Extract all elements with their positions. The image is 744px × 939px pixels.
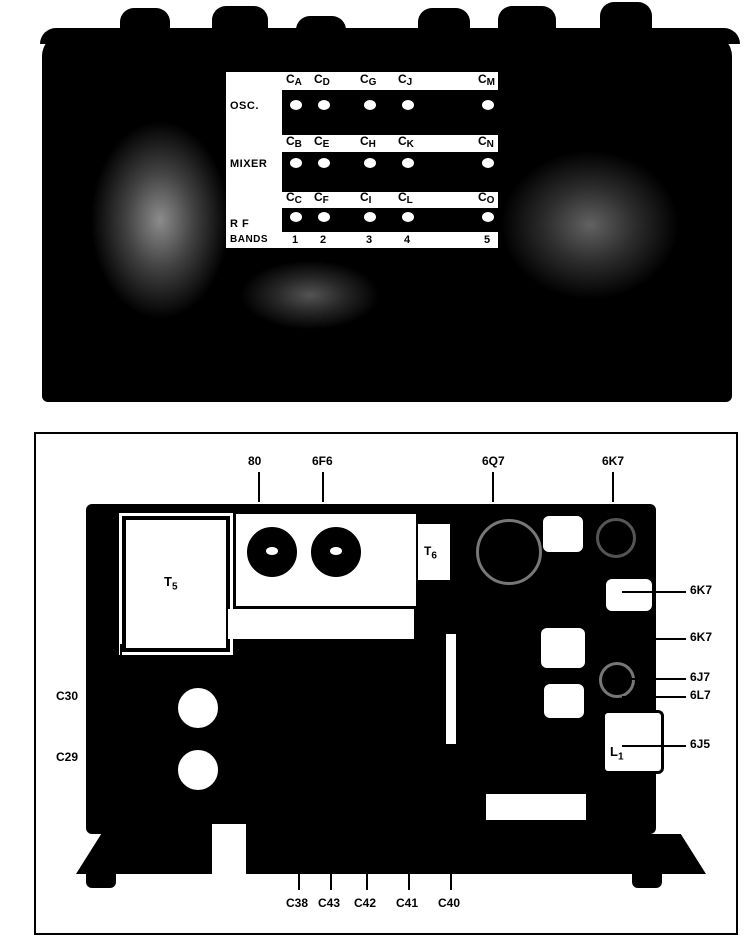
callout-c29: C29 — [56, 750, 78, 764]
tube-6f6 — [308, 524, 364, 580]
socket-6k7b — [541, 628, 585, 668]
trimmer-adjust-hole — [402, 158, 414, 168]
trimmer-label: CD — [314, 72, 330, 88]
band-number: 4 — [404, 234, 410, 246]
trimmer-adjust-hole — [364, 100, 376, 110]
trimmer-label: CB — [286, 134, 302, 150]
leader-line — [450, 844, 452, 890]
leader-line — [622, 745, 686, 747]
trimmer-label: CI — [360, 190, 371, 206]
row-label-rf: R F — [230, 218, 249, 230]
trimmer-label: CE — [314, 134, 329, 150]
callout-80: 80 — [248, 454, 261, 468]
label-t6: T6 — [424, 544, 437, 561]
leader-line — [622, 591, 686, 593]
callout-c38: C38 — [286, 896, 308, 910]
tube-6k7-top — [596, 518, 636, 558]
leader-line — [258, 472, 260, 502]
socket-6l7 — [544, 684, 584, 718]
trimmer-adjust-hole — [364, 158, 376, 168]
trimmer-label: CM — [478, 72, 495, 88]
callout-c42: C42 — [354, 896, 376, 910]
trimmer-label: CH — [360, 134, 376, 150]
row-label-osc: OSC. — [230, 100, 259, 112]
trimmer-label: CN — [478, 134, 494, 150]
terminal-strip — [228, 609, 414, 639]
row-label-mixer: MIXER — [230, 158, 267, 170]
callout-6j5: 6J5 — [690, 737, 710, 751]
band-number: 1 — [292, 234, 298, 246]
callout-6j7: 6J7 — [690, 670, 710, 684]
trimmer-label: CC — [286, 190, 302, 206]
label-t5: T5 — [164, 574, 178, 593]
band-number: 2 — [320, 234, 326, 246]
leader-line — [90, 758, 170, 760]
trimmer-label: CG — [360, 72, 376, 88]
trimmer-adjust-hole — [402, 100, 414, 110]
trimmer-label: CF — [314, 190, 329, 206]
leader-line — [298, 844, 300, 890]
leader-line — [622, 678, 686, 680]
trimmer-label: CL — [398, 190, 413, 206]
trimmer-adjust-hole — [364, 212, 376, 222]
callout-c40: C40 — [438, 896, 460, 910]
callout-6k7: 6K7 — [690, 583, 712, 597]
callout-6f6: 6F6 — [312, 454, 333, 468]
trimmer-label: CO — [478, 190, 494, 206]
trimmer-adjust-hole — [318, 100, 330, 110]
callout-6k7: 6K7 — [690, 630, 712, 644]
trimmer-adjust-hole — [318, 212, 330, 222]
trimmer-label: CJ — [398, 72, 412, 88]
chassis-base — [76, 834, 706, 874]
leader-line — [330, 844, 332, 890]
shield-can — [543, 516, 583, 552]
callout-6q7: 6Q7 — [482, 454, 505, 468]
trimmer-adjust-hole — [482, 158, 494, 168]
coil-l1 — [602, 710, 664, 774]
trimmer-label: CA — [286, 72, 302, 88]
bands-label: BANDS — [230, 234, 268, 245]
capacitor-c29 — [172, 744, 224, 796]
trimmer-adjust-hole — [482, 100, 494, 110]
trimmer-adjust-hole — [290, 212, 302, 222]
band-number: 3 — [366, 234, 372, 246]
callout-c43: C43 — [318, 896, 340, 910]
callout-6k7: 6K7 — [602, 454, 624, 468]
socket-6k7 — [606, 579, 652, 611]
chassis-diagram: T5 T6 L1 806F66Q76K76K76K76J76L76J5C30C2… — [34, 432, 738, 935]
trimmer-adjust-hole — [290, 100, 302, 110]
tube-6q7 — [476, 519, 542, 585]
leader-line — [366, 844, 368, 890]
leader-line — [322, 472, 324, 502]
leader-line — [612, 472, 614, 502]
tube-80 — [244, 524, 300, 580]
callout-6l7: 6L7 — [690, 688, 711, 702]
trimmer-adjust-hole — [290, 158, 302, 168]
callout-c41: C41 — [396, 896, 418, 910]
trimmer-panel: OSC. MIXER R F BANDS 12345 CACDCGCJCMCBC… — [226, 72, 498, 248]
trimmer-label: CK — [398, 134, 414, 150]
receiver-front-photo: OSC. MIXER R F BANDS 12345 CACDCGCJCMCBC… — [0, 0, 744, 410]
trimmer-adjust-hole — [318, 158, 330, 168]
leader-line — [492, 472, 494, 502]
trimmer-adjust-hole — [482, 212, 494, 222]
callout-c30: C30 — [56, 689, 78, 703]
leader-line — [622, 696, 686, 698]
tube-6j7 — [599, 662, 635, 698]
leader-line — [90, 697, 170, 699]
capacitor-c30 — [172, 682, 224, 734]
leader-line — [408, 844, 410, 890]
trimmer-adjust-hole — [402, 212, 414, 222]
band-number: 5 — [484, 234, 490, 246]
leader-line — [622, 638, 686, 640]
